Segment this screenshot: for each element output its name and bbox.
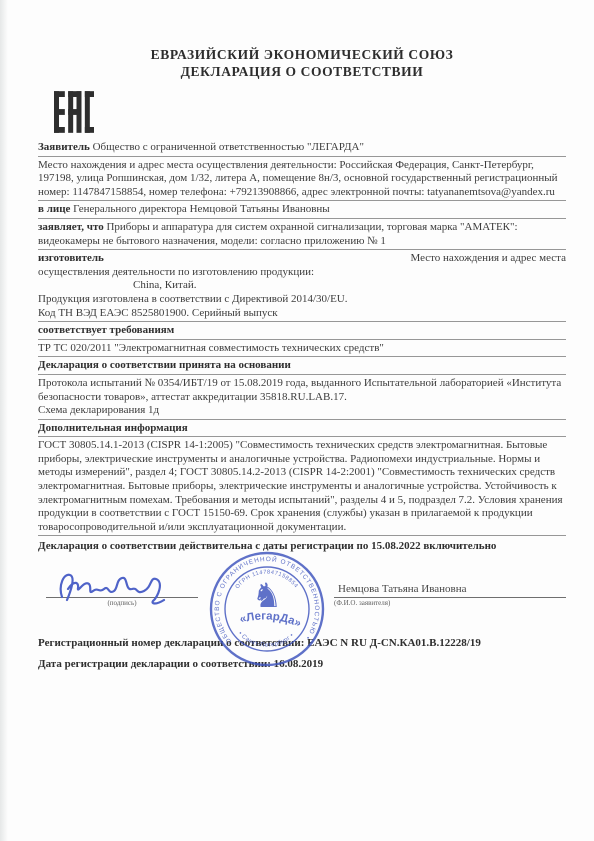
complies-header: соответствует требованиям [38,322,566,340]
complies-text-value: ТР ТС 020/2011 "Электромагнитная совмест… [38,342,384,354]
signature-block: (подпись) [46,567,198,607]
basis-text-value: Протокола испытаний № 0354/ИБТ/19 от 15.… [38,377,564,403]
applicant-full-name: Немцова Татьяна Ивановна [334,583,566,598]
additional-info-text: ГОСТ 30805.14.1-2013 (CISPR 14-1:2005) "… [38,437,566,536]
applicant-address-text: Место нахождения и адрес места осуществл… [38,159,560,198]
manufacturer-address-caption: Место нахождения и адрес места [410,252,566,266]
applicant-label: Заявитель [38,141,90,153]
company-round-stamp: ОБЩЕСТВО С ОГРАНИЧЕННОЙ ОТВЕТСТВЕННОСТЬЮ… [206,548,328,670]
basis-header: Декларация о соответствии принята на осн… [38,357,566,375]
applicant-name-block: Немцова Татьяна Ивановна (Ф.И.О. заявите… [334,583,566,607]
svg-text:«ЛегарДа»: «ЛегарДа» [238,610,302,629]
tnved-code: Код ТН ВЭД ЕАЭС 8525801900. Серийный вып… [38,307,566,321]
applicant-name-caption: (Ф.И.О. заявителя) [334,598,566,607]
doc-title: ДЕКЛАРАЦИЯ О СООТВЕТСТВИИ [38,63,566,80]
union-title: ЕВРАЗИЙСКИЙ ЭКОНОМИЧЕСКИЙ СОЮЗ [38,46,566,63]
applicant-value: Общество с ограниченной ответственностью… [93,141,364,153]
stamp-horse-icon: ♞ [252,576,282,616]
stamp-company-name: «ЛегарДа» [238,610,302,629]
declaration-scheme: Схема декларирования 1д [38,404,566,420]
document-title: ЕВРАЗИЙСКИЙ ЭКОНОМИЧЕСКИЙ СОЮЗ ДЕКЛАРАЦИ… [38,46,566,80]
manufacturer-row: изготовитель Место нахождения и адрес ме… [38,252,566,266]
in-person-value: Генерального директора Немцовой Татьяны … [73,203,330,215]
declaration-document-page: ЕВРАЗИЙСКИЙ ЭКОНОМИЧЕСКИЙ СОЮЗ ДЕКЛАРАЦИ… [0,0,594,841]
manufacturer-address-caption-2: осуществления деятельности по изготовлен… [38,266,566,280]
handwritten-signature [46,567,198,601]
declares-value: Приборы и аппаратура для систем охранной… [38,221,520,247]
product-directive: Продукция изготовлена в соответствии с Д… [38,293,566,307]
additional-info-header: Дополнительная информация [38,420,566,438]
declares-label: заявляет, что [38,221,104,233]
eac-conformity-mark-icon [54,89,566,135]
applicant-address-field: Место нахождения и адрес места осуществл… [38,157,566,202]
applicant-field: Заявитель Общество с ограниченной ответс… [38,139,566,157]
complies-text: ТР ТС 020/2011 "Электромагнитная совмест… [38,340,566,358]
basis-text: Протокола испытаний № 0354/ИБТ/19 от 15.… [38,375,566,404]
manufacturer-label: изготовитель [38,252,104,266]
manufacturer-field: изготовитель Место нахождения и адрес ме… [38,250,566,322]
registration-number-value: ЕАЭС N RU Д-CN.КА01.В.12228/19 [307,637,481,649]
additional-info-text-value: ГОСТ 30805.14.1-2013 (CISPR 14-1:2005) "… [38,439,565,533]
in-person-label: в лице [38,203,70,215]
declares-field: заявляет, что Приборы и аппаратура для с… [38,219,566,250]
in-person-field: в лице Генерального директора Немцовой Т… [38,201,566,219]
manufacturer-country: China, Китай. [38,279,566,293]
